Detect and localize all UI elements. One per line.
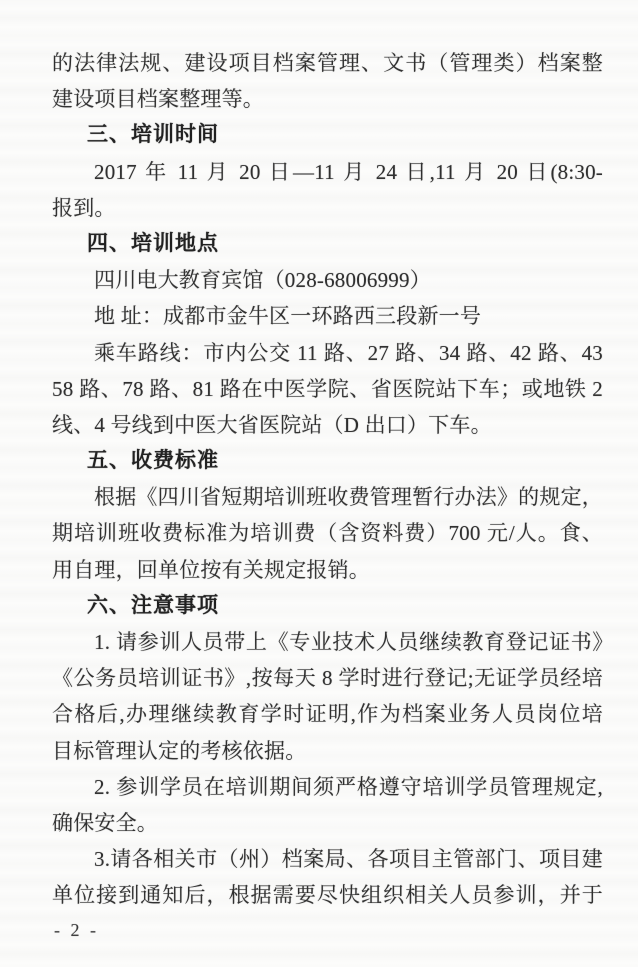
heading-notes: 六、注意事项 [52,588,603,624]
text-line: 期培训班收费标准为培训费（含资料费）700 元/人。食、宿费 [52,515,603,551]
text-line: 乘车路线：市内公交 11 路、27 路、34 路、42 路、43 路、 [52,335,603,371]
text-line: 目标管理认定的考核依据。 [52,733,603,769]
text-line: 建设项目档案整理等。 [52,81,603,117]
text-line: 线、4 号线到中医大省医院站（D 出口）下车。 [52,407,603,443]
page-number: - 2 - [54,916,99,944]
text-line: 确保安全。 [52,805,603,841]
text-line: 的法律法规、建设项目档案管理、文书（管理类）档案整理、 [52,45,603,81]
text-line: 3.请各相关市（州）档案局、各项目主管部门、项目建设 [52,841,603,877]
document-page: 的法律法规、建设项目档案管理、文书（管理类）档案整理、 建设项目档案整理等。 三… [0,0,638,967]
text-line: 1. 请参训人员带上《专业技术人员继续教育登记证书》或 [52,624,603,660]
text-line: 合格后,办理继续教育学时证明,作为档案业务人员岗位培训、 [52,696,603,732]
text-line: 用自理，回单位按有关规定报销。 [52,552,603,588]
text-line: 四川电大教育宾馆（028-68006999） [52,262,603,298]
text-line: 2017 年 11 月 20 日—11 月 24 日,11 月 20 日(8:3… [52,154,603,190]
text-line: 2. 参训学员在培训期间须严格遵守培训学员管理规定,并 [52,769,603,805]
text-line: 根据《四川省短期培训班收费管理暂行办法》的规定，本 [52,479,603,515]
text-line: 《公务员培训证书》,按每天 8 学时进行登记;无证学员经培训 [52,660,603,696]
heading-training-location: 四、培训地点 [52,226,603,262]
text-line: 58 路、78 路、81 路在中医学院、省医院站下车；或地铁 2 号 [52,371,603,407]
text-line: 地 址：成都市金牛区一环路西三段新一号 [52,298,603,334]
heading-fee-standard: 五、收费标准 [52,443,603,479]
heading-training-time: 三、培训时间 [52,117,603,153]
text-line: 报到。 [52,190,603,226]
document-body: 的法律法规、建设项目档案管理、文书（管理类）档案整理、 建设项目档案整理等。 三… [52,45,603,914]
text-line: 单位接到通知后，根据需要尽快组织相关人员参训，并于 11 [52,877,603,913]
